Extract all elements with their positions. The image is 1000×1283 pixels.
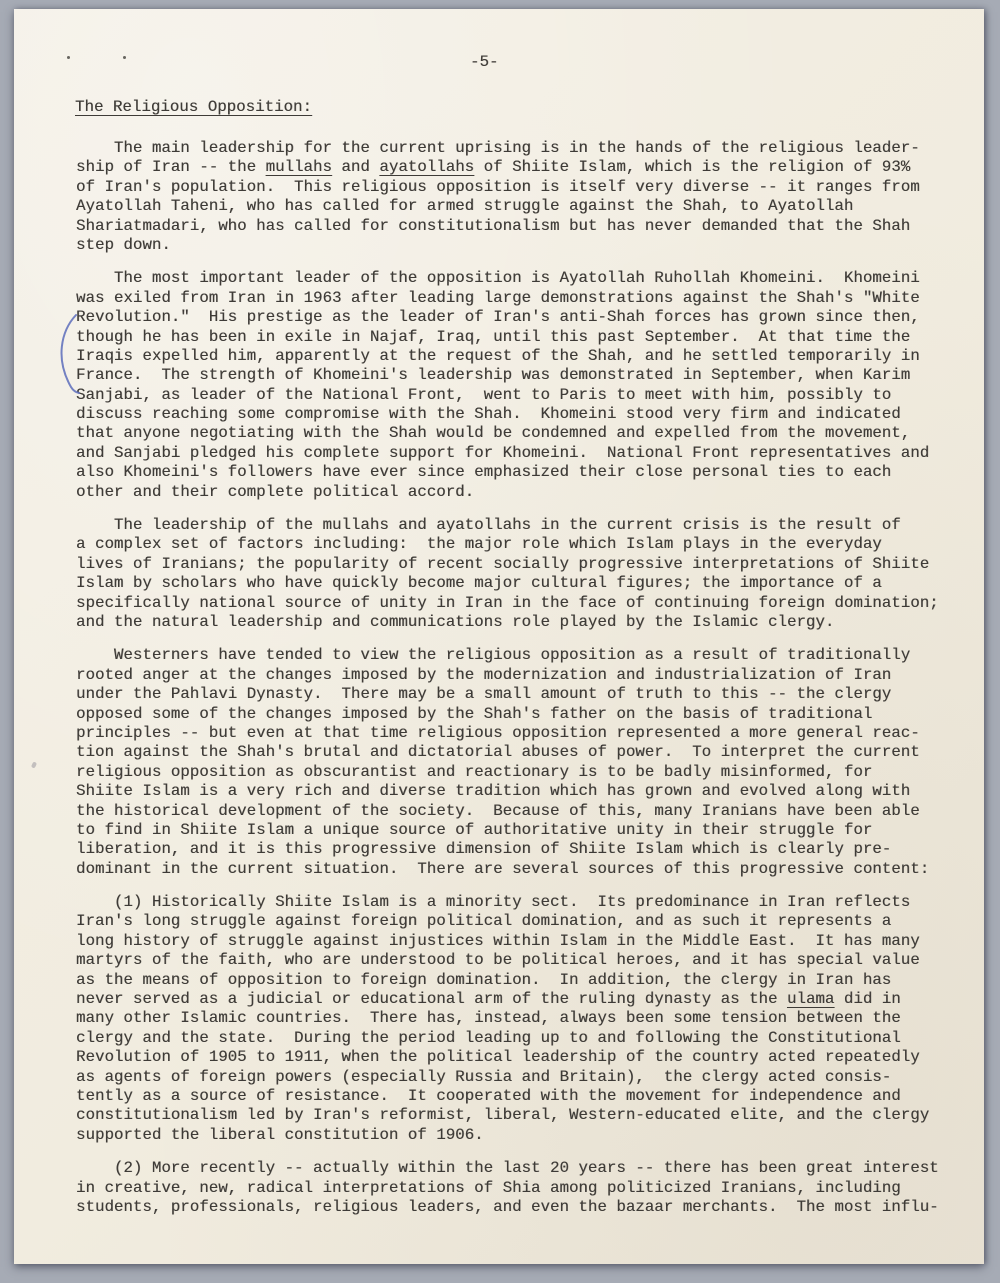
- text-line: Shiite Islam is a very rich and diverse …: [76, 782, 966, 801]
- paragraph: The main leadership for the current upri…: [76, 139, 966, 255]
- text-line: Sanjabi, as leader of the National Front…: [76, 386, 966, 405]
- text-line: students, professionals, religious leade…: [76, 1198, 966, 1217]
- text-line: as agents of foreign powers (especially …: [76, 1068, 966, 1087]
- paragraph: The most important leader of the opposit…: [76, 269, 966, 502]
- text-line: opposed some of the changes imposed by t…: [76, 705, 966, 724]
- text-line: was exiled from Iran in 1963 after leadi…: [76, 289, 966, 308]
- text-line: tion against the Shah's brutal and dicta…: [76, 743, 966, 762]
- staple-hole-dot: [67, 56, 70, 59]
- paragraph: (1) Historically Shiite Islam is a minor…: [76, 893, 966, 1145]
- text-line: dominant in the current situation. There…: [76, 860, 966, 879]
- text-line: Islam by scholars who have quickly becom…: [76, 574, 966, 593]
- staple-hole-dot: [123, 56, 126, 59]
- text-line: religious opposition as obscurantist and…: [76, 763, 966, 782]
- text-line: lives of Iranians; the popularity of rec…: [76, 555, 966, 574]
- ink-smudge: [31, 761, 37, 768]
- text-line: also Khomeini's followers have ever sinc…: [76, 463, 966, 482]
- text-line: in creative, new, radical interpretation…: [76, 1179, 966, 1198]
- text-line: constitutionalism led by Iran's reformis…: [76, 1106, 966, 1125]
- text-line: as the means of opposition to foreign do…: [76, 971, 966, 990]
- text-line: Westerners have tended to view the relig…: [76, 646, 966, 665]
- text-line: (2) More recently -- actually within the…: [76, 1159, 966, 1178]
- paragraph: Westerners have tended to view the relig…: [76, 646, 966, 879]
- underlined-term: mullahs: [266, 158, 332, 176]
- text-line: and the natural leadership and communica…: [76, 613, 966, 632]
- text-line: Revolution of 1905 to 1911, when the pol…: [76, 1048, 966, 1067]
- handwritten-pen-mark: [52, 307, 86, 399]
- text-line: France. The strength of Khomeini's leade…: [76, 366, 966, 385]
- paragraphs: The main leadership for the current upri…: [76, 139, 966, 1231]
- text-line: principles -- but even at that time reli…: [76, 724, 966, 743]
- text-line: that anyone negotiating with the Shah wo…: [76, 424, 966, 443]
- text-line: discuss reaching some compromise with th…: [76, 405, 966, 424]
- text-line: to find in Shiite Islam a unique source …: [76, 821, 966, 840]
- document-page: -5- The Religious Opposition: The main l…: [14, 9, 984, 1264]
- text-line: (1) Historically Shiite Islam is a minor…: [76, 893, 966, 912]
- text-line: Iran's long struggle against foreign pol…: [76, 912, 966, 931]
- scan-background: -5- The Religious Opposition: The main l…: [0, 0, 1000, 1283]
- page-number: -5-: [470, 53, 498, 72]
- text-line: specifically national source of unity in…: [76, 594, 966, 613]
- text-line: The leadership of the mullahs and ayatol…: [76, 516, 966, 535]
- text-line: of Iran's population. This religious opp…: [76, 178, 966, 197]
- text-line: Iraqis expelled him, apparently at the r…: [76, 347, 966, 366]
- text-line: other and their complete political accor…: [76, 483, 966, 502]
- text-line: supported the liberal constitution of 19…: [76, 1126, 966, 1145]
- text-line: Shariatmadari, who has called for consti…: [76, 217, 966, 236]
- text-line: a complex set of factors including: the …: [76, 535, 966, 554]
- text-line: clergy and the state. During the period …: [76, 1029, 966, 1048]
- text-line: though he has been in exile in Najaf, Ir…: [76, 328, 966, 347]
- text-line: never served as a judicial or educationa…: [76, 990, 966, 1009]
- underlined-term: ulama: [787, 990, 834, 1008]
- text-line: many other Islamic countries. There has,…: [76, 1009, 966, 1028]
- text-line: liberation, and it is this progressive d…: [76, 840, 966, 859]
- text-line: The most important leader of the opposit…: [76, 269, 966, 288]
- paragraph: (2) More recently -- actually within the…: [76, 1159, 966, 1217]
- text-line: The main leadership for the current upri…: [76, 139, 966, 158]
- text-line: Ayatollah Taheni, who has called for arm…: [76, 197, 966, 216]
- text-line: rooted anger at the changes imposed by t…: [76, 666, 966, 685]
- text-line: long history of struggle against injusti…: [76, 932, 966, 951]
- text-line: and Sanjabi pledged his complete support…: [76, 444, 966, 463]
- underlined-term: ayatollahs: [379, 158, 474, 176]
- paragraph: The leadership of the mullahs and ayatol…: [76, 516, 966, 632]
- text-line: ship of Iran -- the mullahs and ayatolla…: [76, 158, 966, 177]
- text-line: under the Pahlavi Dynasty. There may be …: [76, 685, 966, 704]
- text-line: the historical development of the societ…: [76, 802, 966, 821]
- text-line: martyrs of the faith, who are understood…: [76, 951, 966, 970]
- text-line: step down.: [76, 236, 966, 255]
- text-line: tently as a source of resistance. It coo…: [76, 1087, 966, 1106]
- text-line: Revolution." His prestige as the leader …: [76, 308, 966, 327]
- section-heading: The Religious Opposition:: [75, 98, 312, 117]
